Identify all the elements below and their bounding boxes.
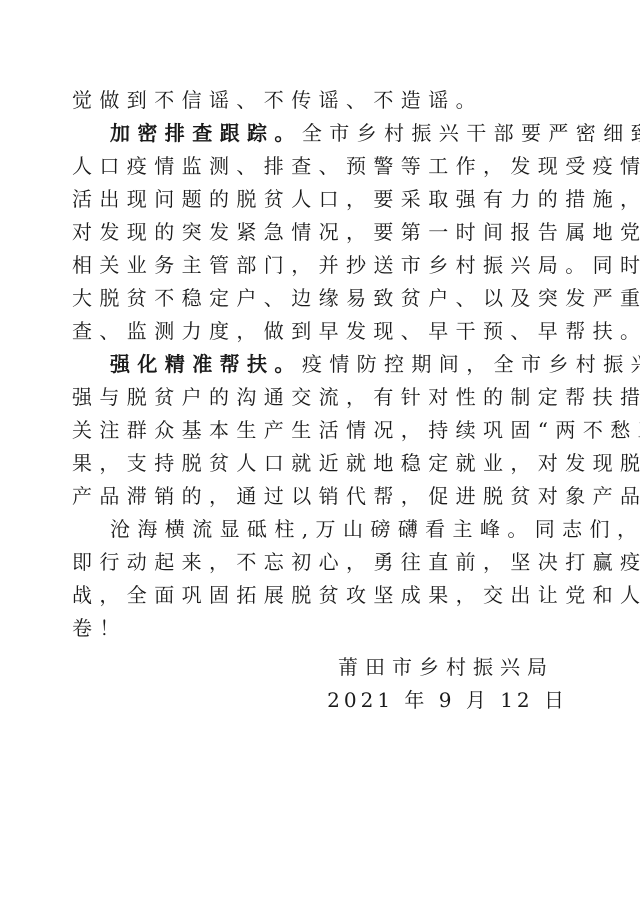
paragraph-line: 人口疫情监测、排查、预警等工作，发现受疫情影响生产生: [72, 150, 572, 183]
paragraph-line: 关注群众基本生产生活情况，持续巩固“两不愁三保障”成: [72, 414, 572, 447]
paragraph-line: 沧海横流显砥柱,万山磅礴看主峰。同志们，让我们立: [72, 513, 572, 546]
signature-organization: 莆田市乡村振兴局: [72, 651, 572, 684]
paragraph-first-line: 强化精准帮扶。疫情防控期间，全市乡村振兴干部要加: [72, 348, 572, 381]
paragraph-line: 果，支持脱贫人口就近就地稳定就业，对发现脱贫人口农副: [72, 447, 572, 480]
paragraph-line: 战，全面巩固拓展脱贫攻坚成果，交出让党和人民满意的答: [72, 579, 572, 612]
paragraph-line: 对发现的突发紧急情况，要第一时间报告属地党委、政府和: [72, 216, 572, 249]
paragraph-line: 大脱贫不稳定户、边缘易致贫户、以及突发严重困难户的排: [72, 282, 572, 315]
opening-fragment: 觉做到不信谣、不传谣、不造谣。: [72, 84, 572, 117]
closing-paragraph: 沧海横流显砥柱,万山磅礴看主峰。同志们，让我们立 即行动起来，不忘初心，勇往直前…: [72, 513, 572, 645]
paragraph-line: 相关业务主管部门，并抄送市乡村振兴局。同时，要持续加: [72, 249, 572, 282]
signature-date: 2021 年 9 月 12 日: [72, 684, 572, 717]
paragraph-line: 产品滞销的，通过以销代帮，促进脱贫对象产品销售。: [72, 480, 572, 513]
section-assistance: 强化精准帮扶。疫情防控期间，全市乡村振兴干部要加 强与脱贫户的沟通交流，有针对性…: [72, 348, 572, 513]
paragraph-text: 全市乡村振兴干部要严密细致做好脱贫: [302, 121, 640, 145]
section-tracking: 加密排查跟踪。全市乡村振兴干部要严密细致做好脱贫 人口疫情监测、排查、预警等工作…: [72, 117, 572, 348]
section-heading: 强化精准帮扶。: [110, 352, 302, 376]
paragraph-line: 活出现问题的脱贫人口，要采取强有力的措施，帮助解决。: [72, 183, 572, 216]
document-page: 觉做到不信谣、不传谣、不造谣。 加密排查跟踪。全市乡村振兴干部要严密细致做好脱贫…: [72, 84, 572, 717]
paragraph-line: 即行动起来，不忘初心，勇往直前，坚决打赢疫情防控歼灭: [72, 546, 572, 579]
paragraph-first-line: 加密排查跟踪。全市乡村振兴干部要严密细致做好脱贫: [72, 117, 572, 150]
section-heading: 加密排查跟踪。: [110, 121, 302, 145]
paragraph-text: 疫情防控期间，全市乡村振兴干部要加: [302, 352, 640, 376]
paragraph-line: 查、监测力度，做到早发现、早干预、早帮扶。: [72, 315, 572, 348]
paragraph-line: 卷！: [72, 612, 572, 645]
paragraph-line: 强与脱贫户的沟通交流，有针对性的制定帮扶措施，要密切: [72, 381, 572, 414]
